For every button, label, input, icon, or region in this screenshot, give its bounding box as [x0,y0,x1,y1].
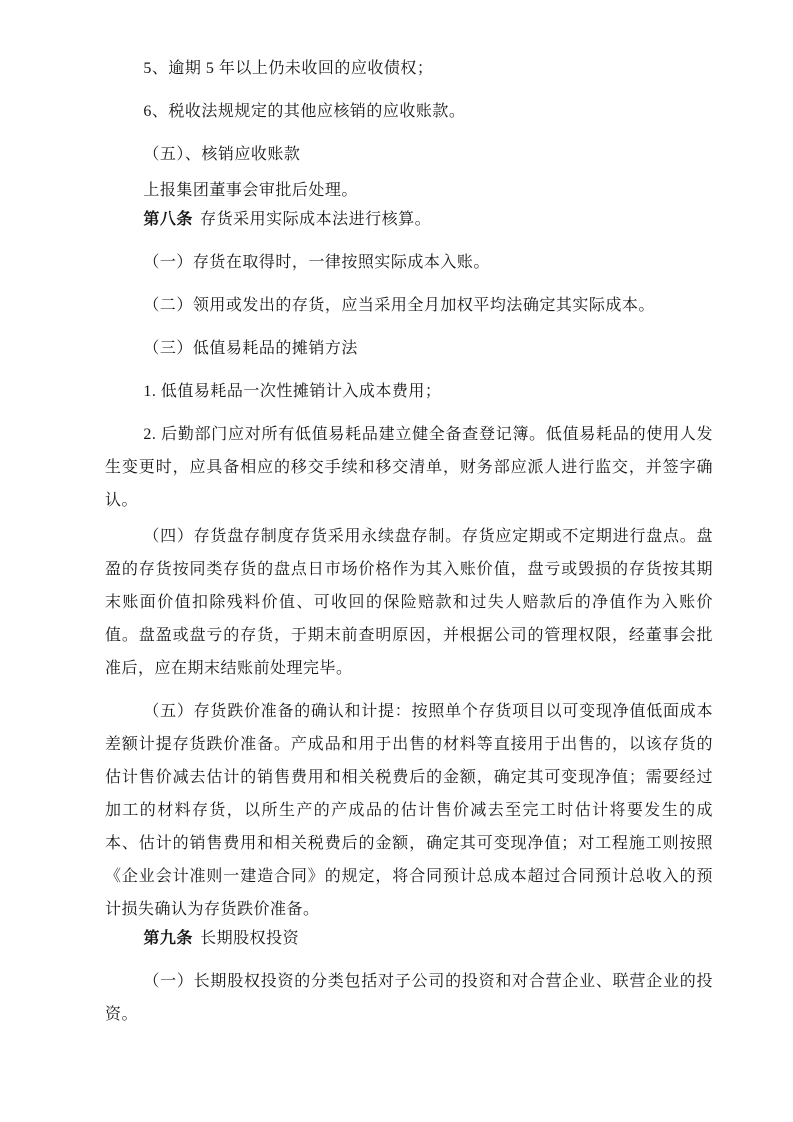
paragraph-article-9: 第九条长期股权投资 [105,922,713,955]
paragraph: （三）低值易耗品的摊销方法 [105,332,713,365]
paragraph: （五）、核销应收账款 [105,138,713,171]
paragraph: 1. 低值易耗品一次性摊销计入成本费用； [105,375,713,408]
paragraph: 2. 后勤部门应对所有低值易耗品建立健全备查登记簿。低值易耗品的使用人发生变更时… [105,418,713,517]
paragraph-text: 长期股权投资 [200,930,299,947]
paragraph: 6、税收法规规定的其他应核销的应收账款。 [105,95,713,128]
paragraph-text: 存货采用实际成本法进行核算。 [200,211,431,228]
paragraph: （二）领用或发出的存货，应当采用全月加权平均法确定其实际成本。 [105,289,713,322]
paragraph: 5、逾期 5 年以上仍未收回的应收债权； [105,52,713,85]
paragraph-article-8: 第八条存货采用实际成本法进行核算。 [105,203,713,236]
article-number: 第九条 [143,930,193,947]
paragraph: （一）长期股权投资的分类包括对子公司的投资和对合营企业、联营企业的投资。 [105,965,713,1031]
paragraph: （五）存货跌价准备的确认和计提：按照单个存货项目以可变现净值低面成本差额计提存货… [105,695,713,926]
paragraph: （四）存货盘存制度存货采用永续盘存制。存货应定期或不定期进行盘点。盘盈的存货按同… [105,520,713,685]
paragraph: （一）存货在取得时，一律按照实际成本入账。 [105,246,713,279]
article-number: 第八条 [143,211,193,228]
document-page: 5、逾期 5 年以上仍未收回的应收债权； 6、税收法规规定的其他应核销的应收账款… [0,0,793,1122]
